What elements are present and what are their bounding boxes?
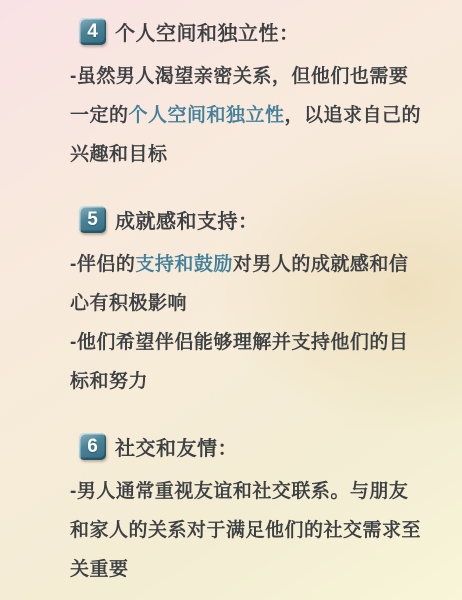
text-segment: 和家人的关系对于满足他们的社交需求至 [70, 520, 421, 541]
section-body: -虽然男人渴望亲密关系，但他们也需要一定的个人空间和独立性，以追求自己的兴趣和目… [70, 57, 414, 174]
sections-list: 4 个人空间和独立性： -虽然男人渴望亲密关系，但他们也需要一定的个人空间和独立… [70, 17, 414, 589]
section: 5 成就感和支持： -伴侣的支持和鼓励对男人的成就感和信心有积极影响-他们希望伴… [70, 205, 414, 401]
section-number-badge: 4 [79, 18, 106, 45]
section-title: 个人空间和独立性： [115, 17, 300, 46]
highlighted-phrase: 支持和鼓励 [135, 254, 233, 275]
text-segment: -他们希望伴侣能够理解并支持他们的目 [70, 332, 408, 353]
text-segment: ，以追求自己的 [285, 105, 422, 126]
text-segment: 关重要 [70, 559, 129, 580]
body-line: -伴侣的支持和鼓励对男人的成就感和信 [70, 245, 414, 284]
section-header: 6 社交和友情： [79, 432, 414, 461]
section-header: 4 个人空间和独立性： [79, 17, 414, 46]
text-segment: -伴侣的 [70, 254, 135, 275]
body-line: -他们希望伴侣能够理解并支持他们的目 [70, 323, 414, 362]
text-segment: 标和努力 [70, 371, 148, 392]
section-number-badge: 5 [79, 206, 106, 233]
text-segment: 心有积极影响 [70, 293, 187, 314]
section-body: -男人通常重视友谊和社交联系。与朋友和家人的关系对于满足他们的社交需求至关重要 [70, 472, 414, 589]
body-line: -虽然男人渴望亲密关系，但他们也需要 [70, 57, 414, 96]
section-header: 5 成就感和支持： [79, 205, 414, 234]
body-line: 兴趣和目标 [70, 135, 414, 174]
section: 4 个人空间和独立性： -虽然男人渴望亲密关系，但他们也需要一定的个人空间和独立… [70, 17, 414, 174]
body-line: -男人通常重视友谊和社交联系。与朋友 [70, 472, 414, 511]
section-number-badge: 6 [79, 433, 106, 460]
highlighted-phrase: 个人空间和独立性 [129, 105, 285, 126]
section-title: 成就感和支持： [115, 205, 259, 234]
body-line: 和家人的关系对于满足他们的社交需求至 [70, 511, 414, 550]
section: 6 社交和友情： -男人通常重视友谊和社交联系。与朋友和家人的关系对于满足他们的… [70, 432, 414, 589]
body-line: 关重要 [70, 550, 414, 589]
section-title: 社交和友情： [115, 432, 238, 461]
text-segment: 一定的 [70, 105, 129, 126]
body-line: 标和努力 [70, 362, 414, 401]
body-line: 一定的个人空间和独立性，以追求自己的 [70, 96, 414, 135]
text-card: 4 个人空间和独立性： -虽然男人渴望亲密关系，但他们也需要一定的个人空间和独立… [0, 0, 462, 600]
section-body: -伴侣的支持和鼓励对男人的成就感和信心有积极影响-他们希望伴侣能够理解并支持他们… [70, 245, 414, 401]
text-segment: -男人通常重视友谊和社交联系。与朋友 [70, 481, 408, 502]
text-segment: -虽然男人渴望亲密关系，但他们也需要 [70, 66, 408, 87]
text-segment: 兴趣和目标 [70, 144, 168, 165]
text-segment: 对男人的成就感和信 [233, 254, 409, 275]
body-line: 心有积极影响 [70, 284, 414, 323]
